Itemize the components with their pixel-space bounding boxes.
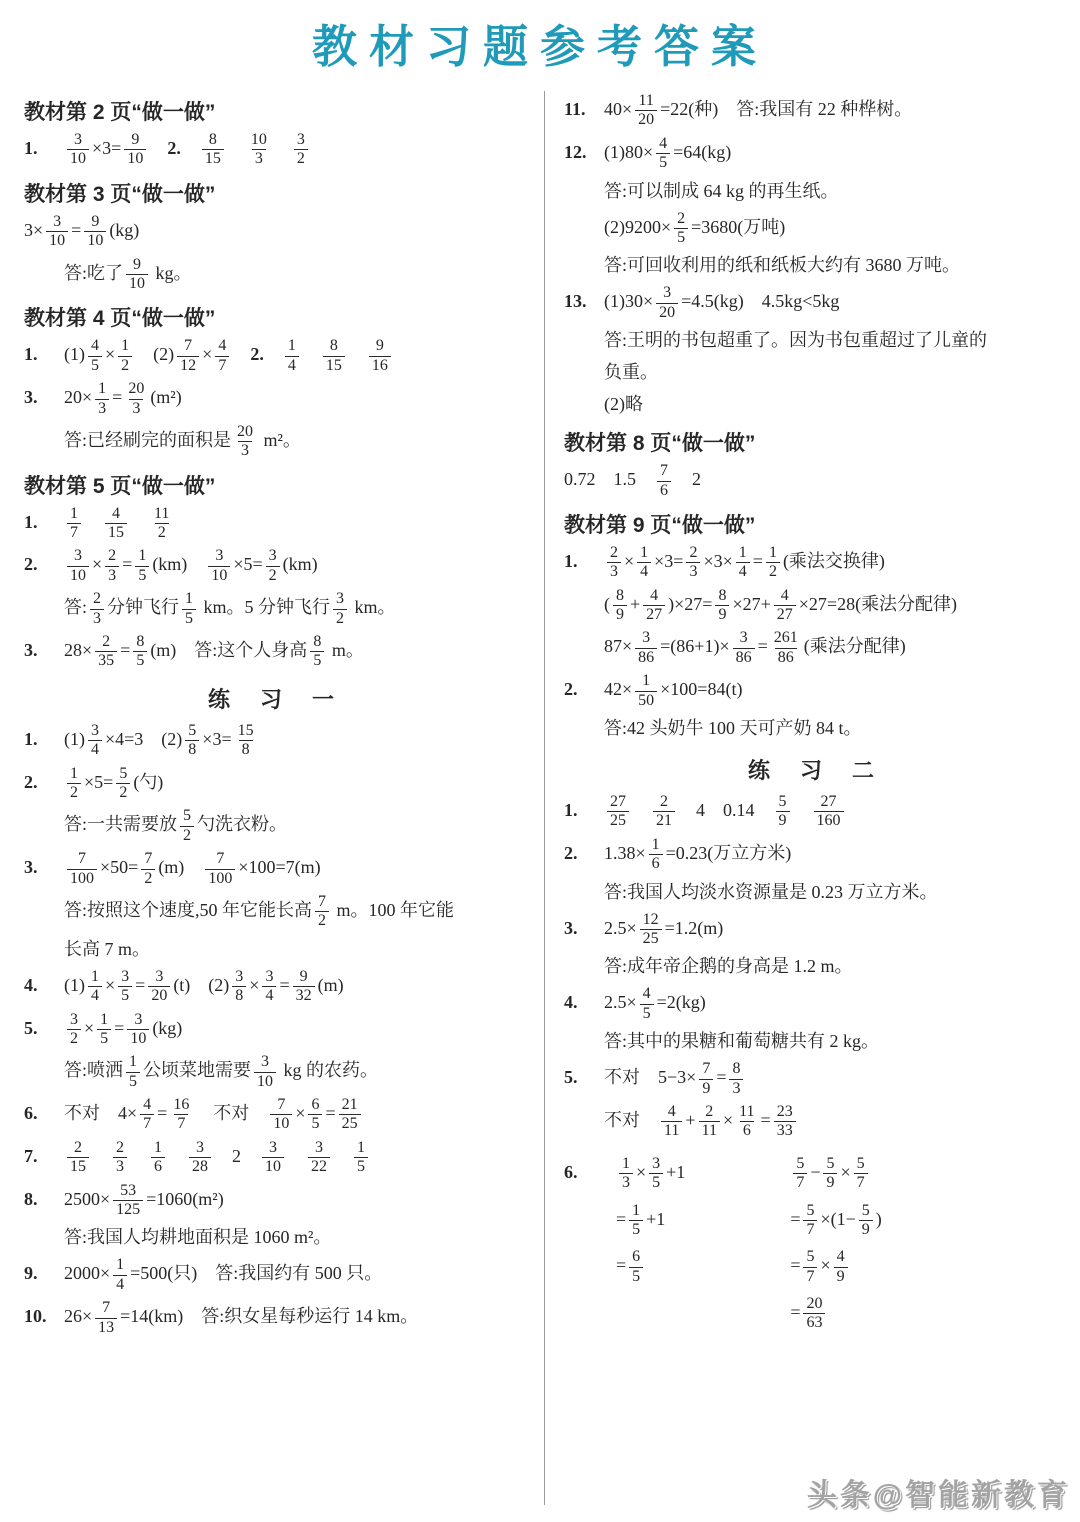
fraction-numerator: 2 (90, 590, 104, 608)
fraction-numerator: 7 (699, 1060, 713, 1078)
fraction: 59 (859, 1202, 873, 1240)
answer-line: 答:喷洒15公顷菜地需要310 kg 的农药。 (24, 1053, 522, 1091)
fraction-numerator: 8 (729, 1060, 743, 1078)
fraction-denominator: 15 (105, 523, 127, 542)
item-number: 2. (24, 772, 64, 793)
fraction-numerator: 8 (310, 633, 324, 651)
fraction: 203 (234, 423, 256, 461)
fraction-denominator: 5 (629, 1267, 643, 1286)
fraction-denominator: 5 (182, 609, 196, 628)
fraction-numerator: 1 (639, 672, 653, 690)
line-content: (1)80×45=64(kg) (604, 135, 1062, 173)
section-heading: 教材第 8 页“做一做” (564, 427, 1062, 457)
line-content: 0.72 1.5 76 2 (564, 462, 1062, 500)
fraction-numerator: 3 (71, 131, 85, 149)
page-title: 教材习题参考答案 (0, 0, 1080, 75)
fraction-numerator: 1 (619, 1155, 633, 1173)
fraction-denominator: 8 (185, 740, 199, 759)
answer-line: 答:一共需要放52勺洗衣粉。 (24, 807, 522, 845)
fraction-denominator: 86 (775, 648, 797, 667)
fraction-numerator: 1 (354, 1139, 368, 1157)
fraction-denominator: 20 (148, 986, 170, 1005)
fraction-numerator: 4 (665, 1103, 679, 1121)
fraction: 13 (95, 380, 109, 418)
line-content: 2500×53125=1060(m²) (64, 1182, 522, 1220)
line-content: 2725 221 4 0.14 59 27160 (604, 793, 1062, 831)
fraction-numerator: 20 (125, 380, 147, 398)
answer-line: 3.2.5×1225=1.2(m) (564, 911, 1062, 949)
fraction-denominator: 86 (635, 648, 657, 667)
equation-line: =65 (616, 1248, 685, 1286)
fraction-numerator: 7 (99, 1299, 113, 1317)
fraction: 23 (607, 544, 621, 582)
answer-line: 答:可回收利用的纸和纸板大约有 3680 万吨。 (564, 252, 1062, 279)
fraction: 15 (126, 1053, 140, 1091)
fraction-denominator: 9 (715, 605, 729, 624)
item-number: 1. (24, 729, 64, 750)
fraction-denominator: 3 (113, 1157, 127, 1176)
fraction-numerator: 1 (151, 1139, 165, 1157)
answer-line: 3×310=910(kg) (24, 213, 522, 251)
fraction: 49 (834, 1248, 848, 1286)
item-number: 6. (564, 1162, 604, 1183)
fraction-denominator: 10 (84, 231, 106, 250)
line-content: 答:42 头奶牛 100 天可产奶 84 t。 (604, 715, 1062, 742)
fraction-denominator: 160 (814, 811, 844, 830)
line-content: 答:23分钟飞行15 km。5 分钟飞行32 km。 (64, 590, 522, 628)
fraction: 2333 (774, 1103, 796, 1141)
fraction: 72 (315, 893, 329, 931)
fraction: 427 (643, 587, 665, 625)
fraction: 310 (254, 1053, 276, 1091)
fraction-denominator: 9 (834, 1267, 848, 1286)
fraction: 215 (67, 1139, 89, 1177)
fraction-denominator: 25 (339, 1114, 361, 1133)
fraction: 15 (354, 1139, 368, 1177)
line-content: 87×386=(86+1)×386=26186(乘法分配律) (604, 629, 1062, 667)
item-number: 10. (24, 1306, 64, 1327)
fraction: 12 (766, 544, 780, 582)
line-content: 答:可回收利用的纸和纸板大约有 3680 万吨。 (604, 252, 1062, 279)
fraction-numerator: 6 (629, 1248, 643, 1266)
fraction-numerator: 8 (715, 587, 729, 605)
fraction-numerator: 20 (234, 423, 256, 441)
fraction: 386 (733, 629, 755, 667)
line-content: 长高 7 m。 (64, 936, 522, 963)
fraction: 65 (308, 1096, 322, 1134)
line-content: 12×5=52(勺) (64, 765, 522, 803)
fraction-denominator: 7 (803, 1267, 817, 1286)
fraction-denominator: 5 (310, 651, 324, 670)
answer-line: 答:其中的果糖和葡萄糖共有 2 kg。 (564, 1028, 1062, 1055)
fraction-numerator: 2 (99, 633, 113, 651)
fraction-denominator: 10 (270, 1114, 292, 1133)
answer-line: 答:吃了910 kg。 (24, 256, 522, 294)
item-number: 13. (564, 291, 604, 312)
answer-line: 答:成年帝企鹅的身高是 1.2 m。 (564, 953, 1062, 980)
line-content: 7100×50=72(m) 7100×100=7(m) (64, 850, 522, 888)
fraction: 14 (88, 968, 102, 1006)
fraction: 14 (113, 1256, 127, 1294)
fraction-numerator: 4 (834, 1248, 848, 1266)
fraction-denominator: 3 (105, 566, 119, 585)
line-content: 答:一共需要放52勺洗衣粉。 (64, 807, 522, 845)
line-content: 215 23 16 328 2 310 322 15 (64, 1139, 522, 1177)
fraction-denominator: 33 (774, 1121, 796, 1140)
item-number: 11. (564, 99, 604, 120)
fraction-denominator: 2 (67, 1029, 81, 1048)
fraction-numerator: 2 (105, 547, 119, 565)
line-content: 23×14×3=23×3×14=12(乘法交换律) (604, 544, 1062, 582)
fraction-denominator: 6 (649, 854, 663, 873)
answer-line: 答:我国人均淡水资源量是 0.23 万立方米。 (564, 879, 1062, 906)
line-content: (1)34×4=3 (2)58×3=158 (64, 722, 522, 760)
fraction-numerator: 7 (274, 1096, 288, 1114)
item-number: 1. (24, 512, 64, 533)
fraction: 23 (113, 1139, 127, 1177)
fraction-numerator: 4 (647, 587, 661, 605)
fraction: 310 (127, 1011, 149, 1049)
fraction-numerator: 8 (133, 633, 147, 651)
fraction-denominator: 5 (135, 566, 149, 585)
fraction: 14 (285, 337, 299, 375)
answer-line: (89+427)×27=89×27+427×27=28(乘法分配律) (564, 587, 1062, 625)
fraction: 45 (640, 985, 654, 1023)
fraction-denominator: 5 (629, 1220, 643, 1239)
exercise-heading: 练 习 一 (24, 683, 522, 714)
fraction: 32 (294, 131, 308, 169)
fraction-numerator: 10 (248, 131, 270, 149)
worked-solution: 6.13×35+1=15+1=6557−59×57=57×(1−59)=57×4… (564, 1146, 1062, 1342)
item-number: 8. (24, 1189, 64, 1210)
answer-line: 6.不对 4×47=167 不对 710×65=2125 (24, 1096, 522, 1134)
fraction-numerator: 21 (339, 1096, 361, 1114)
line-content: (1)30×320=4.5(kg) 4.5kg<5kg (604, 284, 1062, 322)
line-content: 答:喷洒15公顷菜地需要310 kg 的农药。 (64, 1053, 522, 1091)
fraction-denominator: 3 (729, 1079, 743, 1098)
fraction: 7100 (67, 850, 97, 888)
answer-line: 答:可以制成 64 kg 的再生纸。 (564, 178, 1062, 205)
fraction-denominator: 5 (656, 153, 670, 172)
fraction-numerator: 3 (333, 590, 347, 608)
fraction: 310 (67, 131, 89, 169)
fraction-numerator: 261 (771, 629, 801, 647)
fraction: 322 (308, 1139, 330, 1177)
fraction: 57 (803, 1202, 817, 1240)
line-content: 42×150×100=84(t) (604, 672, 1062, 710)
line-content: 答:我国人均耕地面积是 1060 m²。 (64, 1224, 522, 1251)
fraction-denominator: 3 (252, 149, 266, 168)
fraction: 45 (88, 337, 102, 375)
fraction: 23 (105, 547, 119, 585)
fraction-denominator: 10 (254, 1072, 276, 1091)
fraction-denominator: 4 (262, 986, 276, 1005)
fraction: 15 (97, 1011, 111, 1049)
fraction-denominator: 7 (854, 1173, 868, 1192)
fraction-denominator: 7 (803, 1220, 817, 1239)
line-content: (2)略 (604, 391, 1062, 418)
fraction-denominator: 7 (215, 356, 229, 375)
fraction-denominator: 63 (803, 1313, 825, 1332)
fraction-denominator: 5 (640, 1004, 654, 1023)
fraction: 17 (67, 505, 81, 543)
fraction-numerator: 5 (854, 1155, 868, 1173)
line-content: 17 415 112 (64, 505, 522, 543)
fraction: 2125 (339, 1096, 361, 1134)
item-number: 2. (564, 843, 604, 864)
fraction-numerator: 3 (152, 968, 166, 986)
fraction-numerator: 1 (67, 765, 81, 783)
fraction-numerator: 2 (113, 1139, 127, 1157)
fraction: 116 (736, 1103, 757, 1141)
fraction-denominator: 2 (315, 911, 329, 930)
fraction-numerator: 7 (181, 337, 195, 355)
fraction-numerator: 3 (266, 547, 280, 565)
fraction-numerator: 1 (649, 836, 663, 854)
answer-line: 1.23×14×3=23×3×14=12(乘法交换律) (564, 544, 1062, 582)
line-content: 答:已经刷完的面积是203 m²。 (64, 423, 522, 461)
fraction: 76 (657, 462, 671, 500)
fraction: 910 (126, 256, 148, 294)
answer-line: 9.2000×14=500(只) 答:我国约有 500 只。 (24, 1256, 522, 1294)
column-divider (544, 91, 545, 1505)
fraction-numerator: 11 (736, 1103, 757, 1121)
line-content: 310×23=15(km) 310×5=32(km) (64, 547, 522, 585)
right-column: 11.40×1120=22(种) 答:我国有 22 种桦树。12.(1)80×4… (564, 87, 1062, 1505)
fraction-numerator: 1 (118, 337, 132, 355)
answer-line: 5.32×15=310(kg) (24, 1011, 522, 1049)
line-content: (2)9200×25=3680(万吨) (604, 210, 1062, 248)
answer-line: 4.2.5×45=2(kg) (564, 985, 1062, 1023)
fraction: 910 (124, 131, 146, 169)
answer-line: 1.310×3=910 2. 815 103 32 (24, 131, 522, 169)
fraction-denominator: 10 (124, 149, 146, 168)
fraction: 47 (215, 337, 229, 375)
fraction-numerator: 4 (140, 1096, 154, 1114)
equation-column: 13×35+1=15+1=65 (616, 1146, 685, 1342)
fraction-denominator: 2 (766, 562, 780, 581)
fraction-numerator: 8 (327, 337, 341, 355)
answer-line: 不对 411+211×116=2333 (564, 1103, 1062, 1141)
fraction-numerator: 3 (660, 284, 674, 302)
fraction-numerator: 20 (803, 1295, 825, 1313)
fraction-denominator: 5 (97, 1029, 111, 1048)
fraction: 221 (653, 793, 675, 831)
fraction-denominator: 13 (95, 1318, 117, 1337)
fraction-numerator: 5 (859, 1202, 873, 1220)
fraction-numerator: 3 (232, 968, 246, 986)
fraction: 35 (118, 968, 132, 1006)
fraction-numerator: 3 (193, 1139, 207, 1157)
fraction-denominator: 15 (323, 356, 345, 375)
fraction-denominator: 9 (823, 1173, 837, 1192)
fraction-denominator: 4 (285, 356, 299, 375)
fraction-denominator: 9 (613, 605, 627, 624)
fraction-numerator: 7 (657, 462, 671, 480)
fraction-numerator: 4 (656, 135, 670, 153)
answer-line: 7.215 23 16 328 2 310 322 15 (24, 1139, 522, 1177)
line-content: 40×1120=22(种) 答:我国有 22 种桦树。 (604, 92, 1062, 130)
fraction: 310 (262, 1139, 284, 1177)
answer-key-page: 教材习题参考答案 教材第 2 页“做一做”1.310×3=910 2. 815 … (0, 0, 1080, 1522)
fraction-numerator: 9 (297, 968, 311, 986)
fraction: 15 (182, 590, 196, 628)
equation-line: =57×(1−59) (790, 1202, 881, 1240)
fraction-denominator: 7 (140, 1114, 154, 1133)
fraction: 158 (235, 722, 257, 760)
fraction: 7100 (205, 850, 235, 888)
equation-columns: 13×35+1=15+1=6557−59×57=57×(1−59)=57×49=… (604, 1146, 1062, 1342)
fraction: 25 (674, 210, 688, 248)
fraction-numerator: 27 (607, 793, 629, 811)
inline-item-number: 2. (167, 138, 181, 158)
fraction: 52 (180, 807, 194, 845)
fraction-numerator: 1 (637, 544, 651, 562)
fraction-numerator: 9 (373, 337, 387, 355)
fraction-denominator: 5 (674, 228, 688, 247)
fraction: 427 (774, 587, 796, 625)
fraction-denominator: 3 (686, 562, 700, 581)
section-heading: 教材第 9 页“做一做” (564, 509, 1062, 539)
item-number: 6. (24, 1103, 64, 1124)
answer-line: 0.72 1.5 76 2 (564, 462, 1062, 500)
fraction-numerator: 2 (674, 210, 688, 228)
fraction: 89 (715, 587, 729, 625)
fraction-numerator: 7 (75, 850, 89, 868)
answer-line: 13.(1)30×320=4.5(kg) 4.5kg<5kg (564, 284, 1062, 322)
fraction: 34 (88, 722, 102, 760)
fraction-denominator: 5 (649, 1173, 663, 1192)
fraction: 15 (629, 1202, 643, 1240)
fraction-denominator: 10 (126, 274, 148, 293)
fraction-denominator: 2 (180, 826, 194, 845)
line-content: 答:成年帝企鹅的身高是 1.2 m。 (604, 953, 1062, 980)
answer-line: 11.40×1120=22(种) 答:我国有 22 种桦树。 (564, 92, 1062, 130)
item-number: 1. (24, 138, 64, 159)
fraction: 916 (369, 337, 391, 375)
equation-line: =2063 (790, 1295, 881, 1333)
fraction-denominator: 100 (67, 869, 97, 888)
fraction-numerator: 2 (71, 1139, 85, 1157)
fraction-denominator: 20 (635, 110, 657, 129)
fraction-numerator: 5 (803, 1248, 817, 1266)
fraction-denominator: 86 (733, 648, 755, 667)
fraction-denominator: 25 (640, 929, 662, 948)
fraction: 2725 (607, 793, 629, 831)
answer-line: 2.12×5=52(勺) (24, 765, 522, 803)
fraction-numerator: 3 (67, 1011, 81, 1029)
fraction: 15 (135, 547, 149, 585)
fraction-numerator: 3 (649, 1155, 663, 1173)
fraction-numerator: 4 (640, 985, 654, 1003)
fraction-numerator: 1 (285, 337, 299, 355)
fraction: 1225 (640, 911, 662, 949)
fraction-numerator: 7 (141, 850, 155, 868)
fraction-numerator: 12 (640, 911, 662, 929)
fraction: 52 (116, 765, 130, 803)
item-number: 9. (24, 1263, 64, 1284)
item-number: 3. (24, 387, 64, 408)
line-content: 答:按照这个速度,50 年它能长高72 m。100 年它能 (64, 893, 522, 931)
fraction-numerator: 5 (116, 765, 130, 783)
fraction-denominator: 9 (699, 1079, 713, 1098)
item-number: 2. (564, 679, 604, 700)
fraction-numerator: 3 (131, 1011, 145, 1029)
fraction-denominator: 5 (308, 1114, 322, 1133)
fraction-denominator: 28 (189, 1157, 211, 1176)
fraction-numerator: 3 (50, 213, 64, 231)
fraction-numerator: 5 (185, 722, 199, 740)
fraction-numerator: 5 (803, 1202, 817, 1220)
line-content: 不对 411+211×116=2333 (604, 1103, 1062, 1141)
fraction-denominator: 2 (118, 356, 132, 375)
fraction-numerator: 53 (117, 1182, 139, 1200)
fraction-denominator: 11 (699, 1121, 720, 1140)
fraction: 320 (148, 968, 170, 1006)
fraction-numerator: 1 (88, 968, 102, 986)
left-column: 教材第 2 页“做一做”1.310×3=910 2. 815 103 32教材第… (24, 87, 522, 1505)
fraction: 415 (105, 505, 127, 543)
fraction-numerator: 3 (639, 629, 653, 647)
fraction: 32 (67, 1011, 81, 1049)
fraction-denominator: 21 (653, 811, 675, 830)
fraction: 59 (823, 1155, 837, 1193)
fraction: 38 (232, 968, 246, 1006)
inline-item-number: 2. (250, 344, 264, 364)
line-content: 28×235=85(m) 答:这个人身高85 m。 (64, 633, 522, 671)
fraction-numerator: 1 (629, 1202, 643, 1220)
fraction: 310 (208, 547, 230, 585)
fraction-numerator: 1 (135, 547, 149, 565)
fraction-denominator: 4 (88, 986, 102, 1005)
fraction-denominator: 10 (67, 149, 89, 168)
fraction-numerator: 11 (151, 505, 172, 523)
fraction-numerator: 11 (635, 92, 656, 110)
fraction-numerator: 1 (67, 505, 81, 523)
fraction: 12 (67, 765, 81, 803)
fraction-numerator: 2 (607, 544, 621, 562)
fraction: 932 (293, 968, 315, 1006)
answer-line: 答:王明的书包超重了。因为书包重超过了儿童的 (564, 327, 1062, 354)
fraction: 14 (637, 544, 651, 582)
answer-line: 3.7100×50=72(m) 7100×100=7(m) (24, 850, 522, 888)
fraction-numerator: 8 (613, 587, 627, 605)
fraction: 713 (95, 1299, 117, 1337)
fraction-numerator: 9 (88, 213, 102, 231)
fraction-denominator: 2 (266, 566, 280, 585)
line-content: (89+427)×27=89×27+427×27=28(乘法分配律) (604, 587, 1062, 625)
item-number: 2. (24, 554, 64, 575)
answer-line: 10.26×713=14(km) 答:织女星每秒运行 14 km。 (24, 1299, 522, 1337)
answer-line: 答:按照这个速度,50 年它能长高72 m。100 年它能 (24, 893, 522, 931)
fraction: 23 (686, 544, 700, 582)
fraction-denominator: 2 (116, 783, 130, 802)
fraction-denominator: 27 (643, 605, 665, 624)
fraction-numerator: 3 (262, 968, 276, 986)
line-content: 3×310=910(kg) (24, 213, 522, 251)
fraction-denominator: 4 (736, 562, 750, 581)
answer-line: 4.(1)14×35=320(t) (2)38×34=932(m) (24, 968, 522, 1006)
fraction: 72 (141, 850, 155, 888)
fraction: 45 (656, 135, 670, 173)
fraction-denominator: 16 (369, 356, 391, 375)
fraction-numerator: 9 (130, 256, 144, 274)
fraction-numerator: 4 (778, 587, 792, 605)
fraction: 59 (776, 793, 790, 831)
fraction: 34 (262, 968, 276, 1006)
fraction-numerator: 4 (215, 337, 229, 355)
section-heading: 教材第 4 页“做一做” (24, 302, 522, 332)
